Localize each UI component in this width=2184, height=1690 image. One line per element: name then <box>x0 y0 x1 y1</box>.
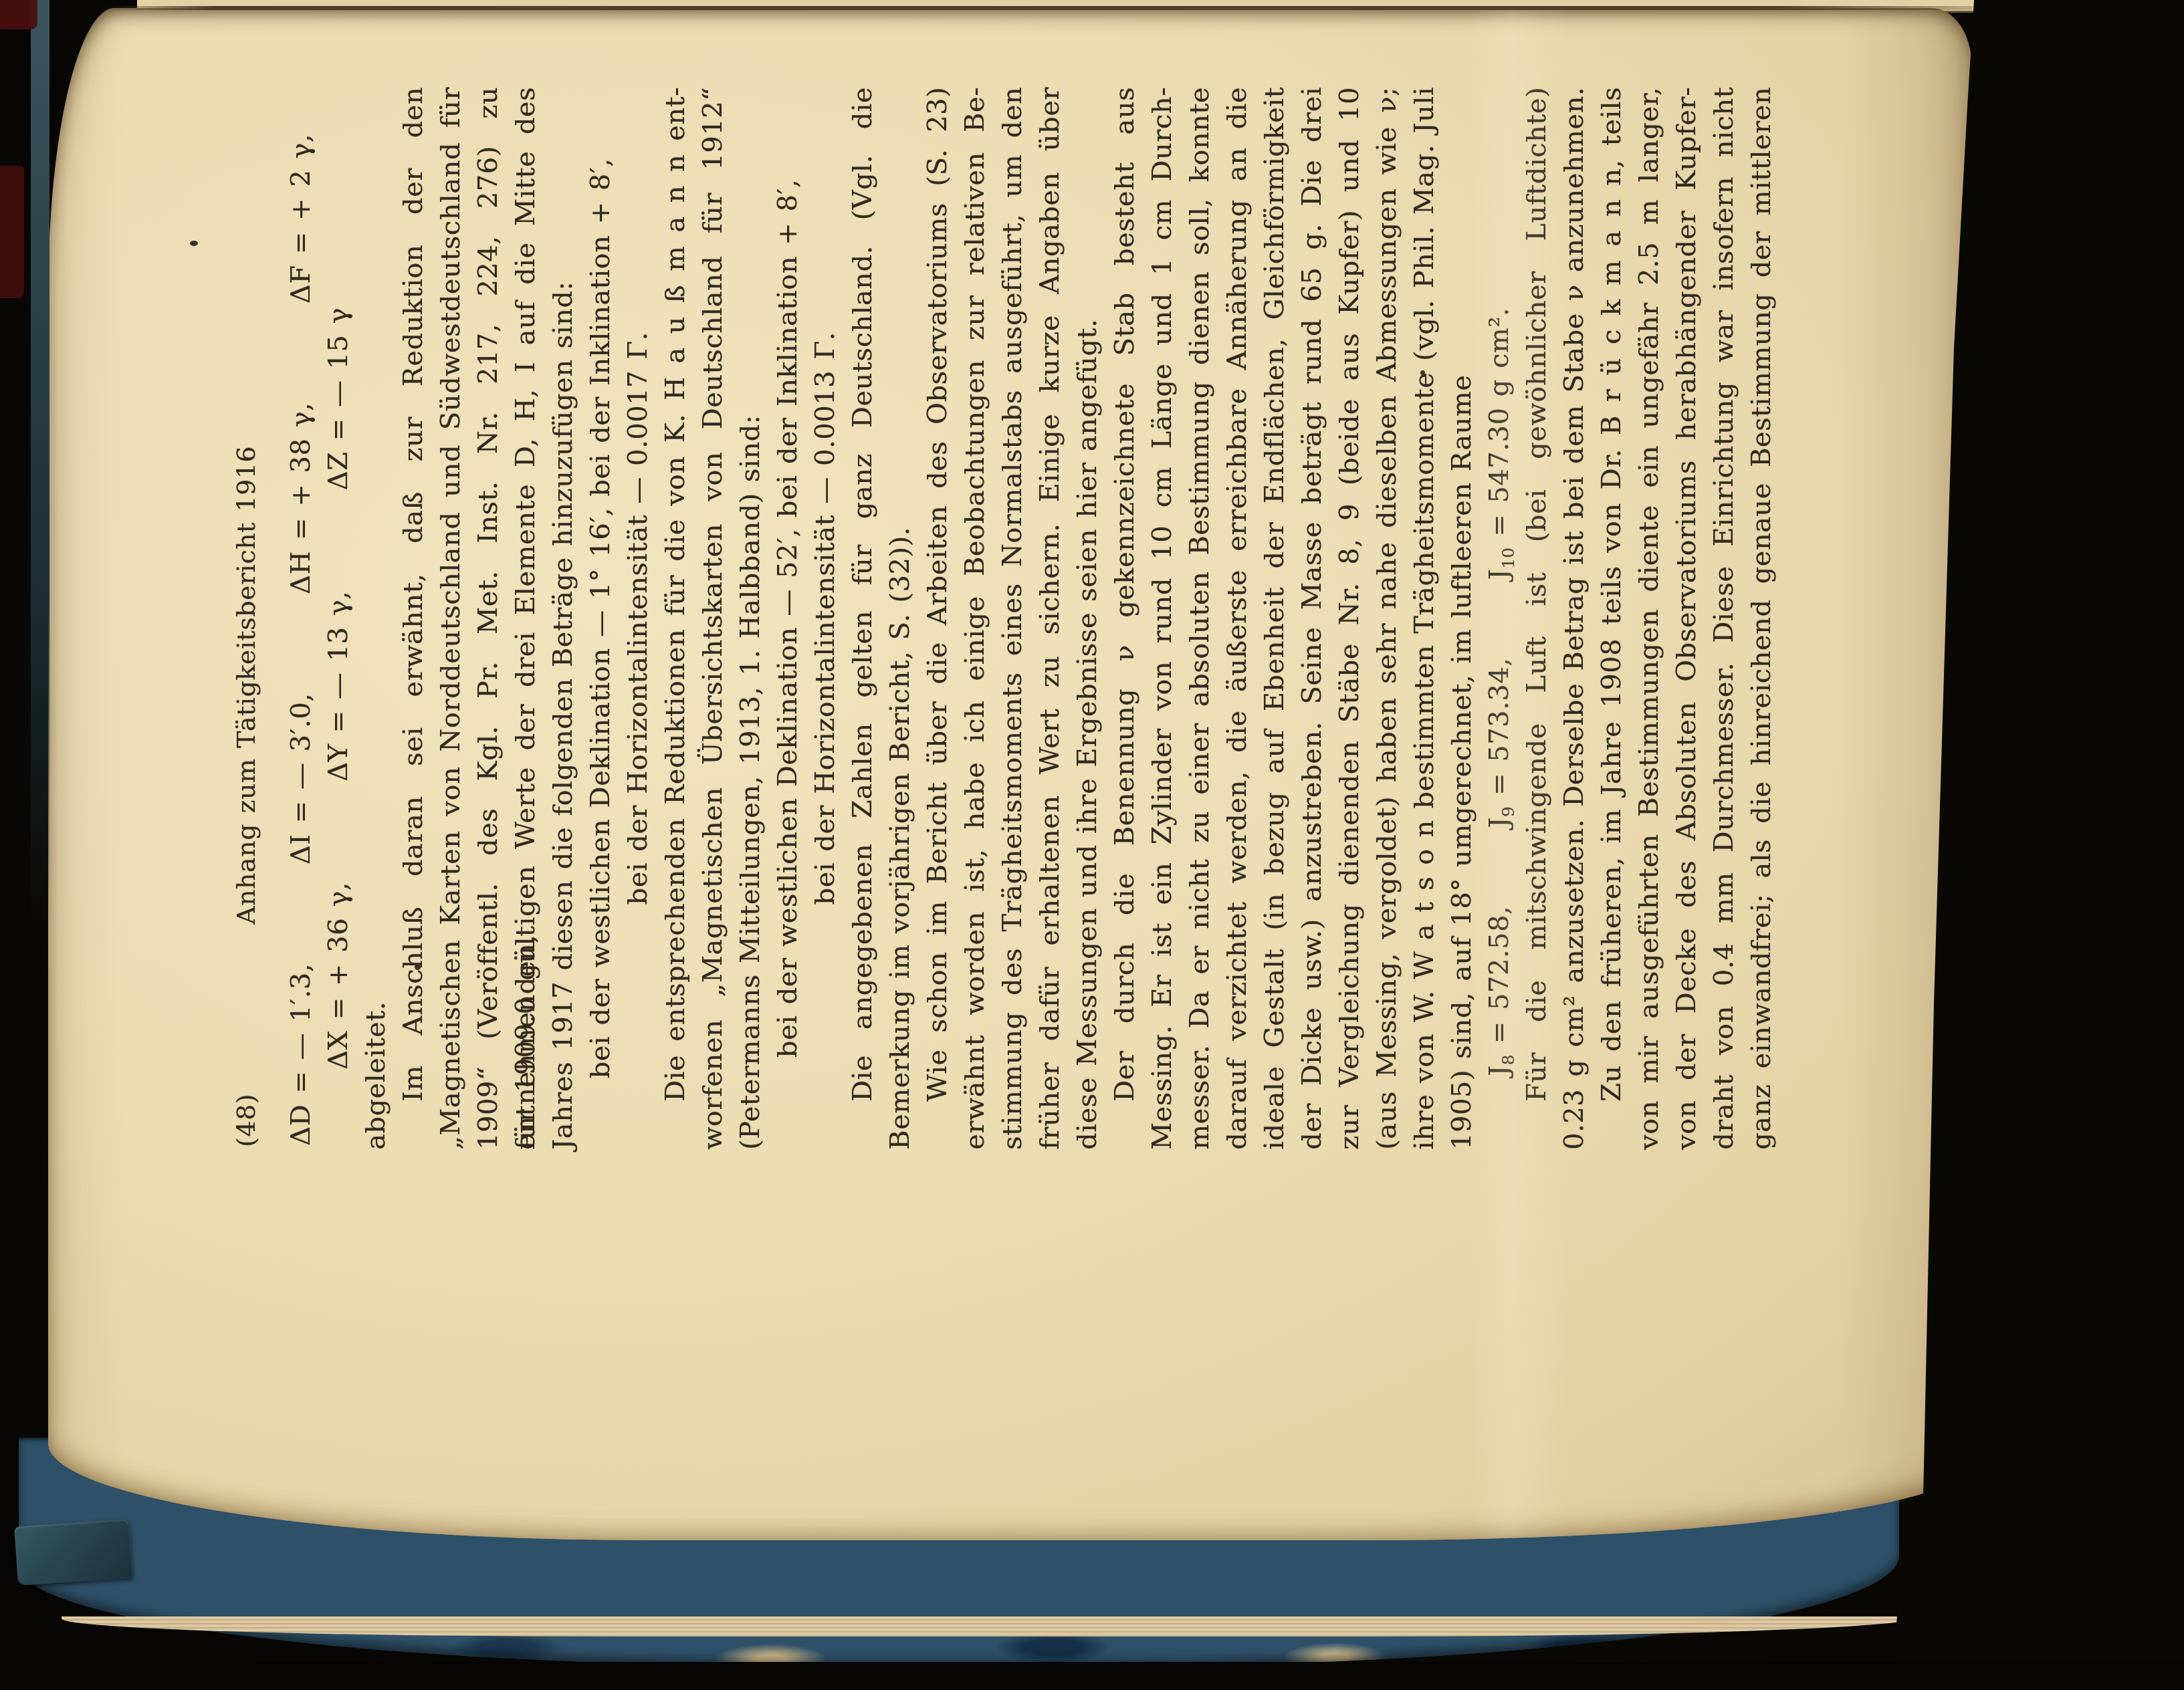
text-line: von mir ausgeführten Bestimmungen diente… <box>1630 87 1668 1150</box>
red-binding-mark <box>0 0 37 29</box>
equation-term: J8 = 572.58, <box>1481 906 1518 1076</box>
text-line: 1905) sind, auf 18° umgerechnet, im luft… <box>1443 87 1481 1150</box>
equation-term: ΔH = + 38 γ, <box>282 402 320 594</box>
equation-line: ΔD = — 1′.3,ΔI = — 3′.0,ΔH = + 38 γ,ΔF =… <box>282 87 320 1150</box>
equation-term: ΔZ = — 15 γ <box>320 308 357 490</box>
text-line: Im Anschluß daran sei erwähnt, daß zur R… <box>395 87 432 1150</box>
red-binding-mark <box>0 166 24 298</box>
scan-background-bottom <box>0 1662 2184 1690</box>
text-line: stimmung des Trägheitsmoments eines Norm… <box>994 87 1031 1150</box>
text-line: erwähnt worden ist, habe ich einige Beob… <box>956 87 994 1150</box>
equation-term: ΔY = — 13 γ, <box>320 591 357 781</box>
book-scan-photo: (48) Anhang zum Tätigkeitsbericht 1916 Δ… <box>0 0 2184 1690</box>
text-line: darauf verzichtet werden, die äußerste e… <box>1218 87 1256 1150</box>
ink-speck <box>190 241 198 246</box>
equation-term: J9 = 573.34, <box>1481 658 1518 828</box>
text-line: Die angegebenen Zahlen gelten für ganz D… <box>844 87 881 1150</box>
running-header: (48) Anhang zum Tätigkeitsbericht 1916 <box>227 87 265 1150</box>
text-line: 1909“ (Veröffentl. des Kgl. Pr. Met. Ins… <box>469 87 507 1150</box>
text-line: bei der westlichen Deklination — 52′, be… <box>769 87 806 1150</box>
text-line: „Magnetischen Karten von Norddeutschland… <box>432 87 469 1150</box>
text-line: Zu den früheren, im Jahre 1908 teils von… <box>1593 87 1630 1150</box>
ink-speck <box>1420 370 1425 375</box>
text-line: draht von 0.4 mm Durchmesser. Diese Einr… <box>1705 87 1743 1150</box>
book-spine-edge <box>31 0 49 923</box>
text-line: früher dafür erhaltenen Wert zu sichern.… <box>1031 87 1069 1150</box>
text-line: diese Messungen und ihre Ergebnisse seie… <box>1069 87 1106 1150</box>
equation-term: ΔX = + 36 γ, <box>320 882 357 1070</box>
text-line: Der durch die Benennung ν gekennzeichnet… <box>1106 87 1143 1150</box>
text-line: (aus Messing, vergoldet) haben sehr nahe… <box>1368 87 1406 1150</box>
text-line: Messing. Er ist ein Zylinder von rund 10… <box>1143 87 1181 1150</box>
text-line: Bemerkung im vorjährigen Bericht, S. (32… <box>881 87 919 1150</box>
text-line: Die entsprechenden Reduktionen für die v… <box>657 87 694 1150</box>
text-lines: ΔD = — 1′.3,ΔI = — 3′.0,ΔH = + 38 γ,ΔF =… <box>282 87 1780 1150</box>
equation-term: J10 = 547.30 g cm². <box>1481 308 1518 580</box>
text-line: der Dicke usw.) anzustreben. Seine Masse… <box>1293 87 1331 1150</box>
gutter-crease-line <box>100 6 1973 10</box>
text-line: bei der Horizontalintensität — 0.0013 Γ. <box>806 87 844 1150</box>
page-number: (48) <box>227 1094 265 1147</box>
book-page: (48) Anhang zum Tätigkeitsbericht 1916 Δ… <box>48 8 1971 1540</box>
text-line: worfenen „Magnetischen Übersichtskarten … <box>694 87 732 1150</box>
equation-term: ΔD = — 1′.3, <box>282 963 320 1146</box>
text-line: Für die mitschwingende Luft ist (bei gew… <box>1518 87 1555 1150</box>
text-line: ganz einwandfrei; als die hinreichend ge… <box>1743 87 1780 1150</box>
text-line: Wie schon im Bericht über die Arbeiten d… <box>919 87 956 1150</box>
running-title: Anhang zum Tätigkeitsbericht 1916 <box>231 446 261 925</box>
equation-line: J8 = 572.58,J9 = 573.34,J10 = 547.30 g c… <box>1481 87 1518 1150</box>
equation-line: ΔX = + 36 γ,ΔY = — 13 γ,ΔZ = — 15 γ <box>320 87 357 1150</box>
equation-term: ΔF = + 2 γ, <box>282 134 320 304</box>
text-line: bei der Horizontalintensität — 0.0017 Γ. <box>619 87 657 1150</box>
ink-speck <box>415 964 421 970</box>
text-line: für 1909.0 gültigen Werte der drei Eleme… <box>507 87 544 1150</box>
text-line: Jahres 1917 diesen die folgenden Beträge… <box>544 87 582 1150</box>
text-line: ihre von W. W a t s o n bestimmten Trägh… <box>1406 87 1443 1150</box>
page-text-block: (48) Anhang zum Tätigkeitsbericht 1916 Δ… <box>227 87 1785 1150</box>
equation-term: ΔI = — 3′.0, <box>282 693 320 865</box>
text-line: von der Decke des Absoluten Observatoriu… <box>1668 87 1705 1150</box>
text-line: bei der westlichen Deklination — 1° 16′,… <box>582 87 619 1150</box>
text-line: ideale Gestalt (in bezug auf Ebenheit de… <box>1256 87 1293 1150</box>
text-line: messer. Da er nicht zu einer absoluten B… <box>1181 87 1218 1150</box>
text-line: 0.23 g cm² anzusetzen. Derselbe Betrag i… <box>1555 87 1593 1150</box>
text-line: (Petermanns Mitteilungen, 1913, 1. Halbb… <box>732 87 769 1150</box>
text-line: zur Vergleichung dienenden Stäbe Nr. 8, … <box>1331 87 1368 1150</box>
text-line: abgeleitet. <box>357 87 395 1150</box>
fore-edge-page-stack-light <box>62 1616 1921 1637</box>
